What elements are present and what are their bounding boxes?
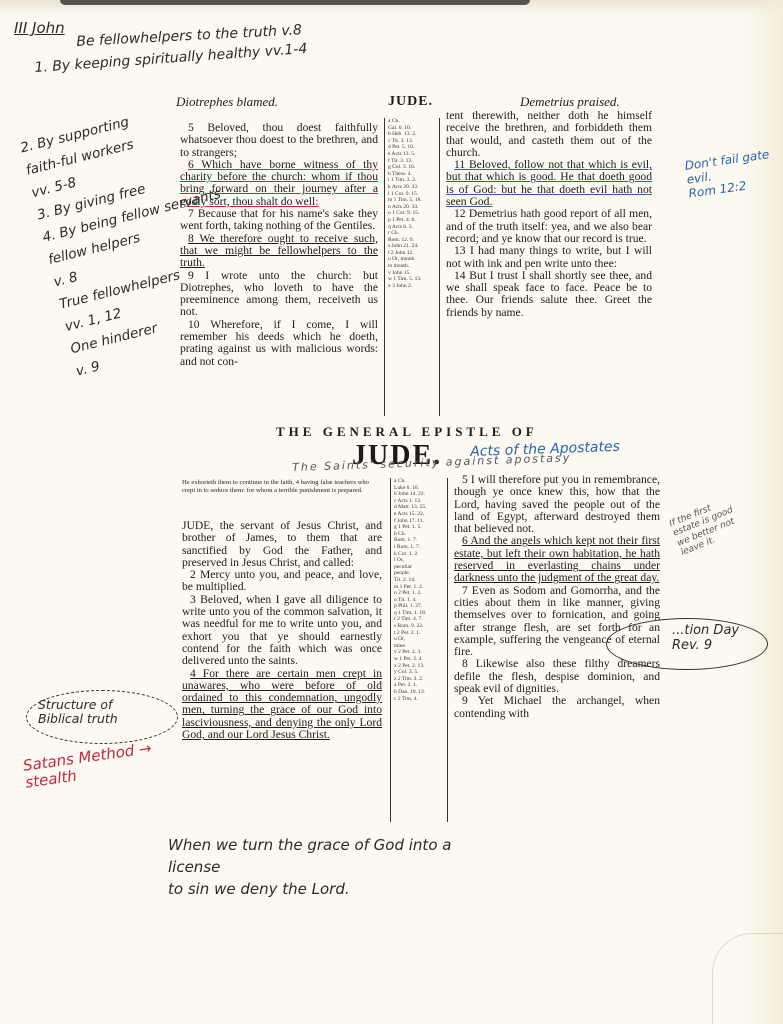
cross-ref: c Tit. 3. 13. (388, 138, 436, 145)
cross-ref: a Ch. (388, 118, 436, 125)
jude-verse-1: JUDE, the servant of Jesus Christ, and b… (182, 520, 382, 569)
cross-ref: Gal. 6. 10. (388, 125, 436, 132)
cross-ref: b Dan. 10. 13. (394, 689, 444, 696)
cross-ref: z 2 Tim. 3. 2. (394, 676, 444, 683)
cross-ref: o Tit. 1. 4. (394, 597, 444, 604)
cross-ref: w 1 Tim. 5. 13. (388, 276, 436, 283)
jude-verse-1-text: JUDE, the servant of Jesus Christ, and b… (182, 519, 382, 569)
cross-ref: i Rom. 1. 7. (394, 544, 444, 551)
cross-ref: peculiar (394, 564, 444, 571)
chapter-summary: He exhorteth them to continue in the fai… (182, 479, 382, 494)
cross-ref: b John 14. 22. (394, 491, 444, 498)
cross-ref: t 2 Pet. 2. 1. (394, 630, 444, 637)
jude-cross-references: a Ch. Luke 6. 16. b John 14. 22. c Acts … (390, 478, 448, 822)
cross-ref: i 1 Tim. 3. 2. (388, 177, 436, 184)
jude-verse-5: 5 I will therefore put you in remembranc… (454, 474, 660, 535)
cross-ref: x 3 John 2. (388, 283, 436, 290)
cross-ref: Luke 6. 16. (394, 485, 444, 492)
cross-ref: x 2 Pet. 2. 13. (394, 663, 444, 670)
handwritten-judgment-day-note: ...tion Day Rev. 9 (672, 624, 739, 654)
handwritten-structure-note: Structure of Biblical truth (38, 698, 118, 727)
cross-ref: e Acts 15. 22. (394, 511, 444, 518)
cross-ref: k Acts 20. 33. (388, 184, 436, 191)
cross-ref: m 1 Pet. 1. 2. (394, 584, 444, 591)
cross-ref: to mouth. (388, 263, 436, 270)
jude-verse-3: 3 Beloved, when I gave all diligence to … (182, 594, 382, 668)
jude-right-column: 5 I will therefore put you in remembranc… (454, 474, 660, 720)
verse-6: 6 Which have borne witness of thy charit… (180, 159, 378, 208)
cross-ref: t 2 John 12. (388, 250, 436, 257)
cross-ref: p Phil. 1. 27. (394, 603, 444, 610)
handwritten-right-note-first-estate: If the first estate is good we better no… (668, 496, 743, 558)
jude-left-column: JUDE, the servant of Jesus Christ, and b… (182, 520, 382, 741)
cross-ref: r Ch. (388, 230, 436, 237)
verse-14: 14 But I trust I shall shortly see thee,… (446, 270, 652, 319)
jude-verse-2: 2 Mercy unto you, and peace, and love, b… (182, 569, 382, 594)
cross-ref: y Col. 3. 5. (394, 669, 444, 676)
running-head-right: Demetrius praised. (520, 94, 620, 110)
cross-ref: s John 21. 24. (388, 243, 436, 250)
cross-ref: Rom. 1. 7. (394, 537, 444, 544)
cross-ref: v 2 Pet. 2. 3. (394, 649, 444, 656)
cross-ref: d Matt. 13. 55. (394, 504, 444, 511)
cross-ref: a Ch. (394, 478, 444, 485)
cross-ref: f Tit. 3. 13. (388, 158, 436, 165)
cross-ref: q Acts 6. 3. (388, 224, 436, 231)
verse-13: 13 I had many things to write, but I wil… (446, 245, 652, 270)
cross-ref: h Thess. 4. (388, 171, 436, 178)
third-john-left-column: 5 Beloved, thou doest faithfully whatsoe… (180, 122, 378, 368)
jude-verse-8: 8 Likewise also these filthy dreamers de… (454, 658, 660, 695)
cross-ref: n Acts 20. 33. (388, 204, 436, 211)
cross-ref: h Ch. (394, 531, 444, 538)
cross-ref: g 1 Pet. 1. 5. (394, 524, 444, 531)
cross-ref: f John 17. 11. (394, 518, 444, 525)
cross-ref: d Pet. 5. 10. (388, 144, 436, 151)
cross-ref: k Cor. 1. 2. (394, 551, 444, 558)
verse-10-cont: tent therewith, neither doth he himself … (446, 110, 652, 159)
running-head-center: JUDE. (388, 94, 433, 110)
verse-12: 12 Demetrius hath good report of all men… (446, 208, 652, 245)
cross-ref: b Heb. 13. 2. (388, 131, 436, 138)
cross-ref: a Pet. 2. 1. (394, 682, 444, 689)
cross-ref: c Acts 1. 13. (394, 498, 444, 505)
verse-8: 8 We therefore ought to receive such, th… (180, 233, 378, 270)
third-john-cross-references: a Ch. Gal. 6. 10. b Heb. 13. 2. c Tit. 3… (384, 118, 440, 416)
cross-ref: people. (394, 570, 444, 577)
cross-ref: c 2 Tim. 4. (394, 696, 444, 703)
cross-ref: q 1 Tim. 1. 18. (394, 610, 444, 617)
cross-ref: n 2 Pet. 1. 2. (394, 590, 444, 597)
cross-ref: u Or, (394, 636, 444, 643)
cross-ref: u Or, mouth (388, 256, 436, 263)
verse-11: 11 Beloved, follow not that which is evi… (446, 159, 652, 208)
verse-9: 9 I wrote unto the church: but Diotrephe… (180, 270, 378, 319)
jude-verse-6: 6 And the angels which kept not their fi… (454, 535, 660, 584)
cross-ref: Rom. 12. 9. (388, 237, 436, 244)
cross-ref: r 2 Tim. 4. 7. (394, 616, 444, 623)
cross-ref: o 1 Cor. 9. 15. (388, 210, 436, 217)
handwritten-heading: III John (14, 20, 65, 37)
page-corner-fold (712, 933, 783, 1024)
cross-ref: v John 15. (388, 270, 436, 277)
cross-ref: g Col. 3. 16. (388, 164, 436, 171)
page-top-edge (0, 0, 783, 14)
cross-ref: Tit. 2. 14. (394, 577, 444, 584)
cross-ref: l 1 Cor. 9. 15. (388, 191, 436, 198)
cross-ref: mine. (394, 643, 444, 650)
jude-verse-4: 4 For there are certain men crept in una… (182, 668, 382, 742)
binding-shadow (60, 0, 530, 5)
verse-10: 10 Wherefore, if I come, I will remember… (180, 319, 378, 368)
handwritten-bottom-note: When we turn the grace of God into a lic… (168, 834, 498, 900)
cross-ref: m 1 Tim. 5. 18. (388, 197, 436, 204)
jude-verse-9: 9 Yet Michael the archangel, when conten… (454, 695, 660, 720)
cross-ref: w 1 Pet. 2. 4. (394, 656, 444, 663)
cross-ref: s Rom. 9. 22. (394, 623, 444, 630)
epistle-label: THE GENERAL EPISTLE OF (276, 424, 538, 440)
third-john-right-column: tent therewith, neither doth he himself … (446, 110, 652, 319)
cross-ref: e Acts 13. 5. (388, 151, 436, 158)
handwritten-red-note: Satans Method → stealth (22, 740, 155, 792)
handwritten-point-1: 1. By keeping spiritually healthy vv.1-4 (34, 41, 308, 76)
cross-ref: p 1 Pet. 4. 6. (388, 217, 436, 224)
verse-7: 7 Because that for his name's sake they … (180, 208, 378, 233)
cross-ref: l Or, (394, 557, 444, 564)
verse-5: 5 Beloved, thou doest faithfully whatsoe… (180, 122, 378, 159)
